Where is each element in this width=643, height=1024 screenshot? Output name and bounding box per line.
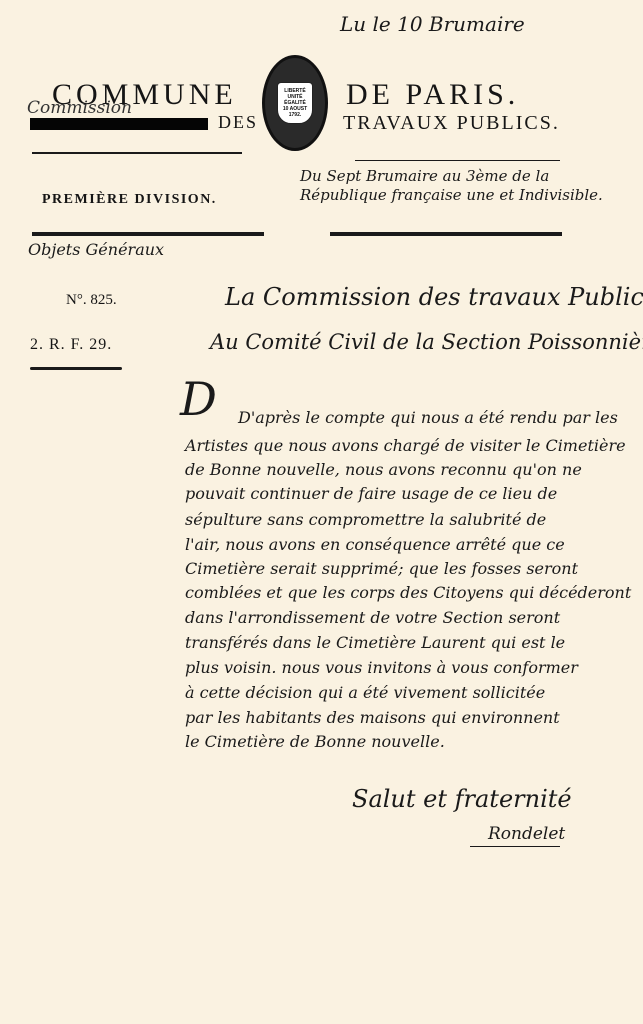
- closing-salutation: Salut et fraternité: [352, 785, 572, 813]
- document-number: N°. 825.: [66, 292, 117, 309]
- body-line: de Bonne nouvelle, nous avons reconnu qu…: [185, 460, 582, 479]
- body-line: le Cimetière de Bonne nouvelle.: [185, 732, 445, 751]
- date-line-1: Du Sept Brumaire au 3ème de la: [300, 167, 549, 185]
- signature: Rondelet: [488, 824, 565, 844]
- divider-right-top: [355, 160, 560, 161]
- divider-left-bottom: [32, 232, 264, 236]
- body-line: à cette décision qui a été vivement soll…: [185, 683, 545, 702]
- letterhead-de-paris: DE PARIS.: [346, 78, 519, 112]
- seal-text-5: 1792.: [278, 112, 312, 118]
- date-line-2: République française une et Indivisible.: [300, 186, 603, 204]
- recipient-line: Au Comité Civil de la Section Poissonniè…: [210, 330, 643, 354]
- body-line: Cimetière serait supprimé; que les fosse…: [185, 559, 578, 578]
- letterhead-des: DES: [218, 112, 258, 133]
- body-line: sépulture sans compromettre la salubrité…: [185, 510, 546, 529]
- reference-code: 2. R. F. 29.: [30, 336, 112, 354]
- body-line: transférés dans le Cimetière Laurent qui…: [185, 633, 565, 652]
- body-line: dans l'arrondissement de votre Section s…: [185, 608, 560, 627]
- top-annotation: Lu le 10 Brumaire: [340, 12, 525, 36]
- premiere-division: PREMIÈRE DIVISION.: [42, 192, 217, 208]
- commission-handwritten: Commission: [27, 98, 132, 118]
- objets-generaux: Objets Généraux: [28, 240, 164, 259]
- sender-line: La Commission des travaux Publics,: [225, 283, 643, 311]
- seal-inscription: LIBERTÉ UNITÉ ÉGALITÉ 10 AOUST 1792.: [277, 82, 313, 124]
- body-line: Artistes que nous avons chargé de visite…: [185, 436, 626, 455]
- divider-left-top: [32, 152, 242, 154]
- redacted-bar: [30, 118, 208, 130]
- signature-underline: [470, 846, 560, 847]
- body-line: D'après le compte qui nous a été rendu p…: [238, 408, 618, 427]
- letterhead-travaux-publics: TRAVAUX PUBLICS.: [343, 112, 560, 135]
- body-line: l'air, nous avons en conséquence arrêté …: [185, 535, 565, 554]
- body-line: par les habitants des maisons qui enviro…: [185, 708, 560, 727]
- body-line: plus voisin. nous vous invitons à vous c…: [185, 658, 578, 677]
- reference-flourish: [30, 367, 122, 370]
- drop-cap-d: D: [180, 372, 217, 426]
- republic-seal-icon: LIBERTÉ UNITÉ ÉGALITÉ 10 AOUST 1792.: [262, 55, 328, 151]
- divider-right-bottom: [330, 232, 562, 236]
- body-line: comblées et que les corps des Citoyens q…: [185, 583, 631, 602]
- body-line: pouvait continuer de faire usage de ce l…: [185, 484, 557, 503]
